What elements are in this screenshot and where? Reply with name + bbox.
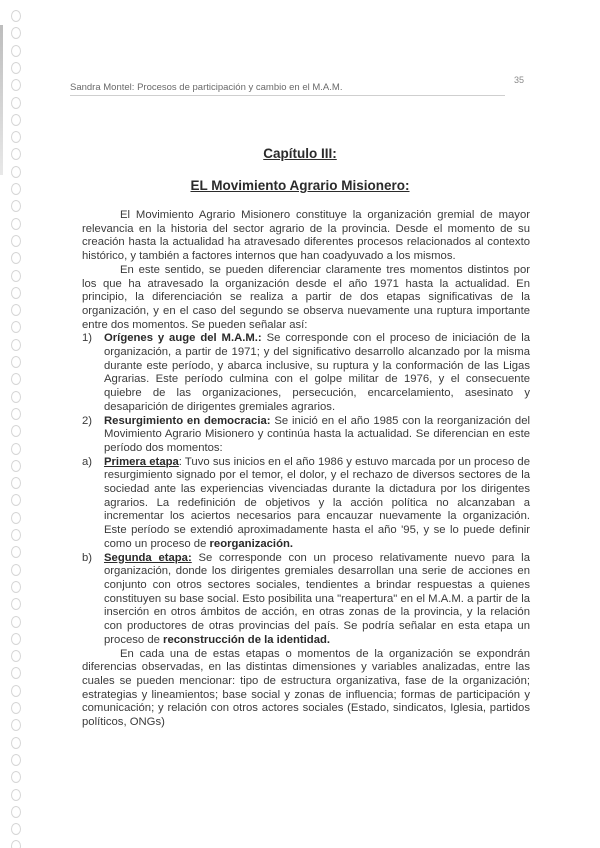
paragraph-closing: En cada una de estas etapas o momentos d… [82,648,530,730]
item-content: Resurgimiento en democracia: Se inició e… [104,415,530,456]
binder-hole [11,200,21,212]
binder-hole [11,97,21,109]
item-text: Se corresponde con el proceso de iniciac… [104,332,530,413]
binder-hole [11,823,21,835]
binder-hole [11,771,21,783]
item-content: Segunda etapa: Se corresponde con un pro… [104,552,530,648]
binder-hole [11,616,21,628]
binder-hole [11,27,21,39]
binder-hole [11,287,21,299]
binder-hole [11,512,21,524]
binder-hole [11,719,21,731]
binder-hole [11,304,21,316]
paragraph-second: En este sentido, se pueden diferenciar c… [82,264,530,333]
numbered-item-2: 2) Resurgimiento en democracia: Se inici… [82,415,530,456]
binder-hole [11,598,21,610]
item-text: Se corresponde con un proceso relativame… [104,552,530,646]
binder-hole [11,529,21,541]
binder-hole [11,166,21,178]
running-header: Sandra Montel: Procesos de participación… [70,82,520,93]
item-emphasis: reorganización. [210,538,294,550]
binder-hole [11,806,21,818]
binder-hole [11,270,21,282]
item-heading: Primera etapa [104,456,179,468]
item-heading: Orígenes y auge del M.A.M.: [104,332,262,344]
binder-hole [11,840,21,848]
item-content: Orígenes y auge del M.A.M.: Se correspon… [104,332,530,414]
binder-hole [11,252,21,264]
binder-hole [11,667,21,679]
binder-hole [11,685,21,697]
header-rule [70,95,505,96]
binder-hole [11,754,21,766]
numbered-item-1: 1) Orígenes y auge del M.A.M.: Se corres… [82,332,530,414]
item-marker: 2) [82,415,104,456]
binder-hole [11,10,21,22]
binder-hole [11,650,21,662]
item-marker: a) [82,456,104,552]
binder-hole [11,460,21,472]
binder-hole [11,45,21,57]
binder-hole [11,789,21,801]
item-text: Tuvo sus inicios en el año 1986 y estuvo… [104,456,530,550]
binder-holes [11,6,23,846]
binder-hole [11,408,21,420]
binder-hole [11,79,21,91]
binder-hole [11,356,21,368]
binder-hole [11,131,21,143]
binder-hole [11,702,21,714]
item-marker: 1) [82,332,104,414]
binder-hole [11,339,21,351]
binder-hole [11,235,21,247]
lettered-item-b: b) Segunda etapa: Se corresponde con un … [82,552,530,648]
binder-hole [11,581,21,593]
item-heading: Resurgimiento en democracia: [104,415,271,427]
binder-hole [11,114,21,126]
item-heading: Segunda etapa: [104,552,192,564]
chapter-title: EL Movimiento Agrario Misionero: [0,178,600,193]
lettered-item-a: a) Primera etapa: Tuvo sus inicios en el… [82,456,530,552]
binder-hole [11,62,21,74]
binder-hole [11,391,21,403]
binder-hole [11,425,21,437]
binder-hole [11,546,21,558]
binder-hole [11,218,21,230]
item-marker: b) [82,552,104,648]
binder-hole [11,737,21,749]
binder-hole [11,494,21,506]
item-emphasis: reconstrucción de la identidad. [163,634,330,646]
chapter-number: Capítulo III: [0,146,600,161]
binder-hole [11,443,21,455]
page-number: 35 [514,75,524,85]
item-content: Primera etapa: Tuvo sus inicios en el añ… [104,456,530,552]
binder-hole [11,633,21,645]
binder-hole [11,321,21,333]
binder-hole [11,373,21,385]
binder-hole [11,564,21,576]
paragraph-intro: El Movimiento Agrario Misionero constitu… [82,209,530,264]
binder-hole [11,477,21,489]
document-body: El Movimiento Agrario Misionero constitu… [82,209,530,730]
